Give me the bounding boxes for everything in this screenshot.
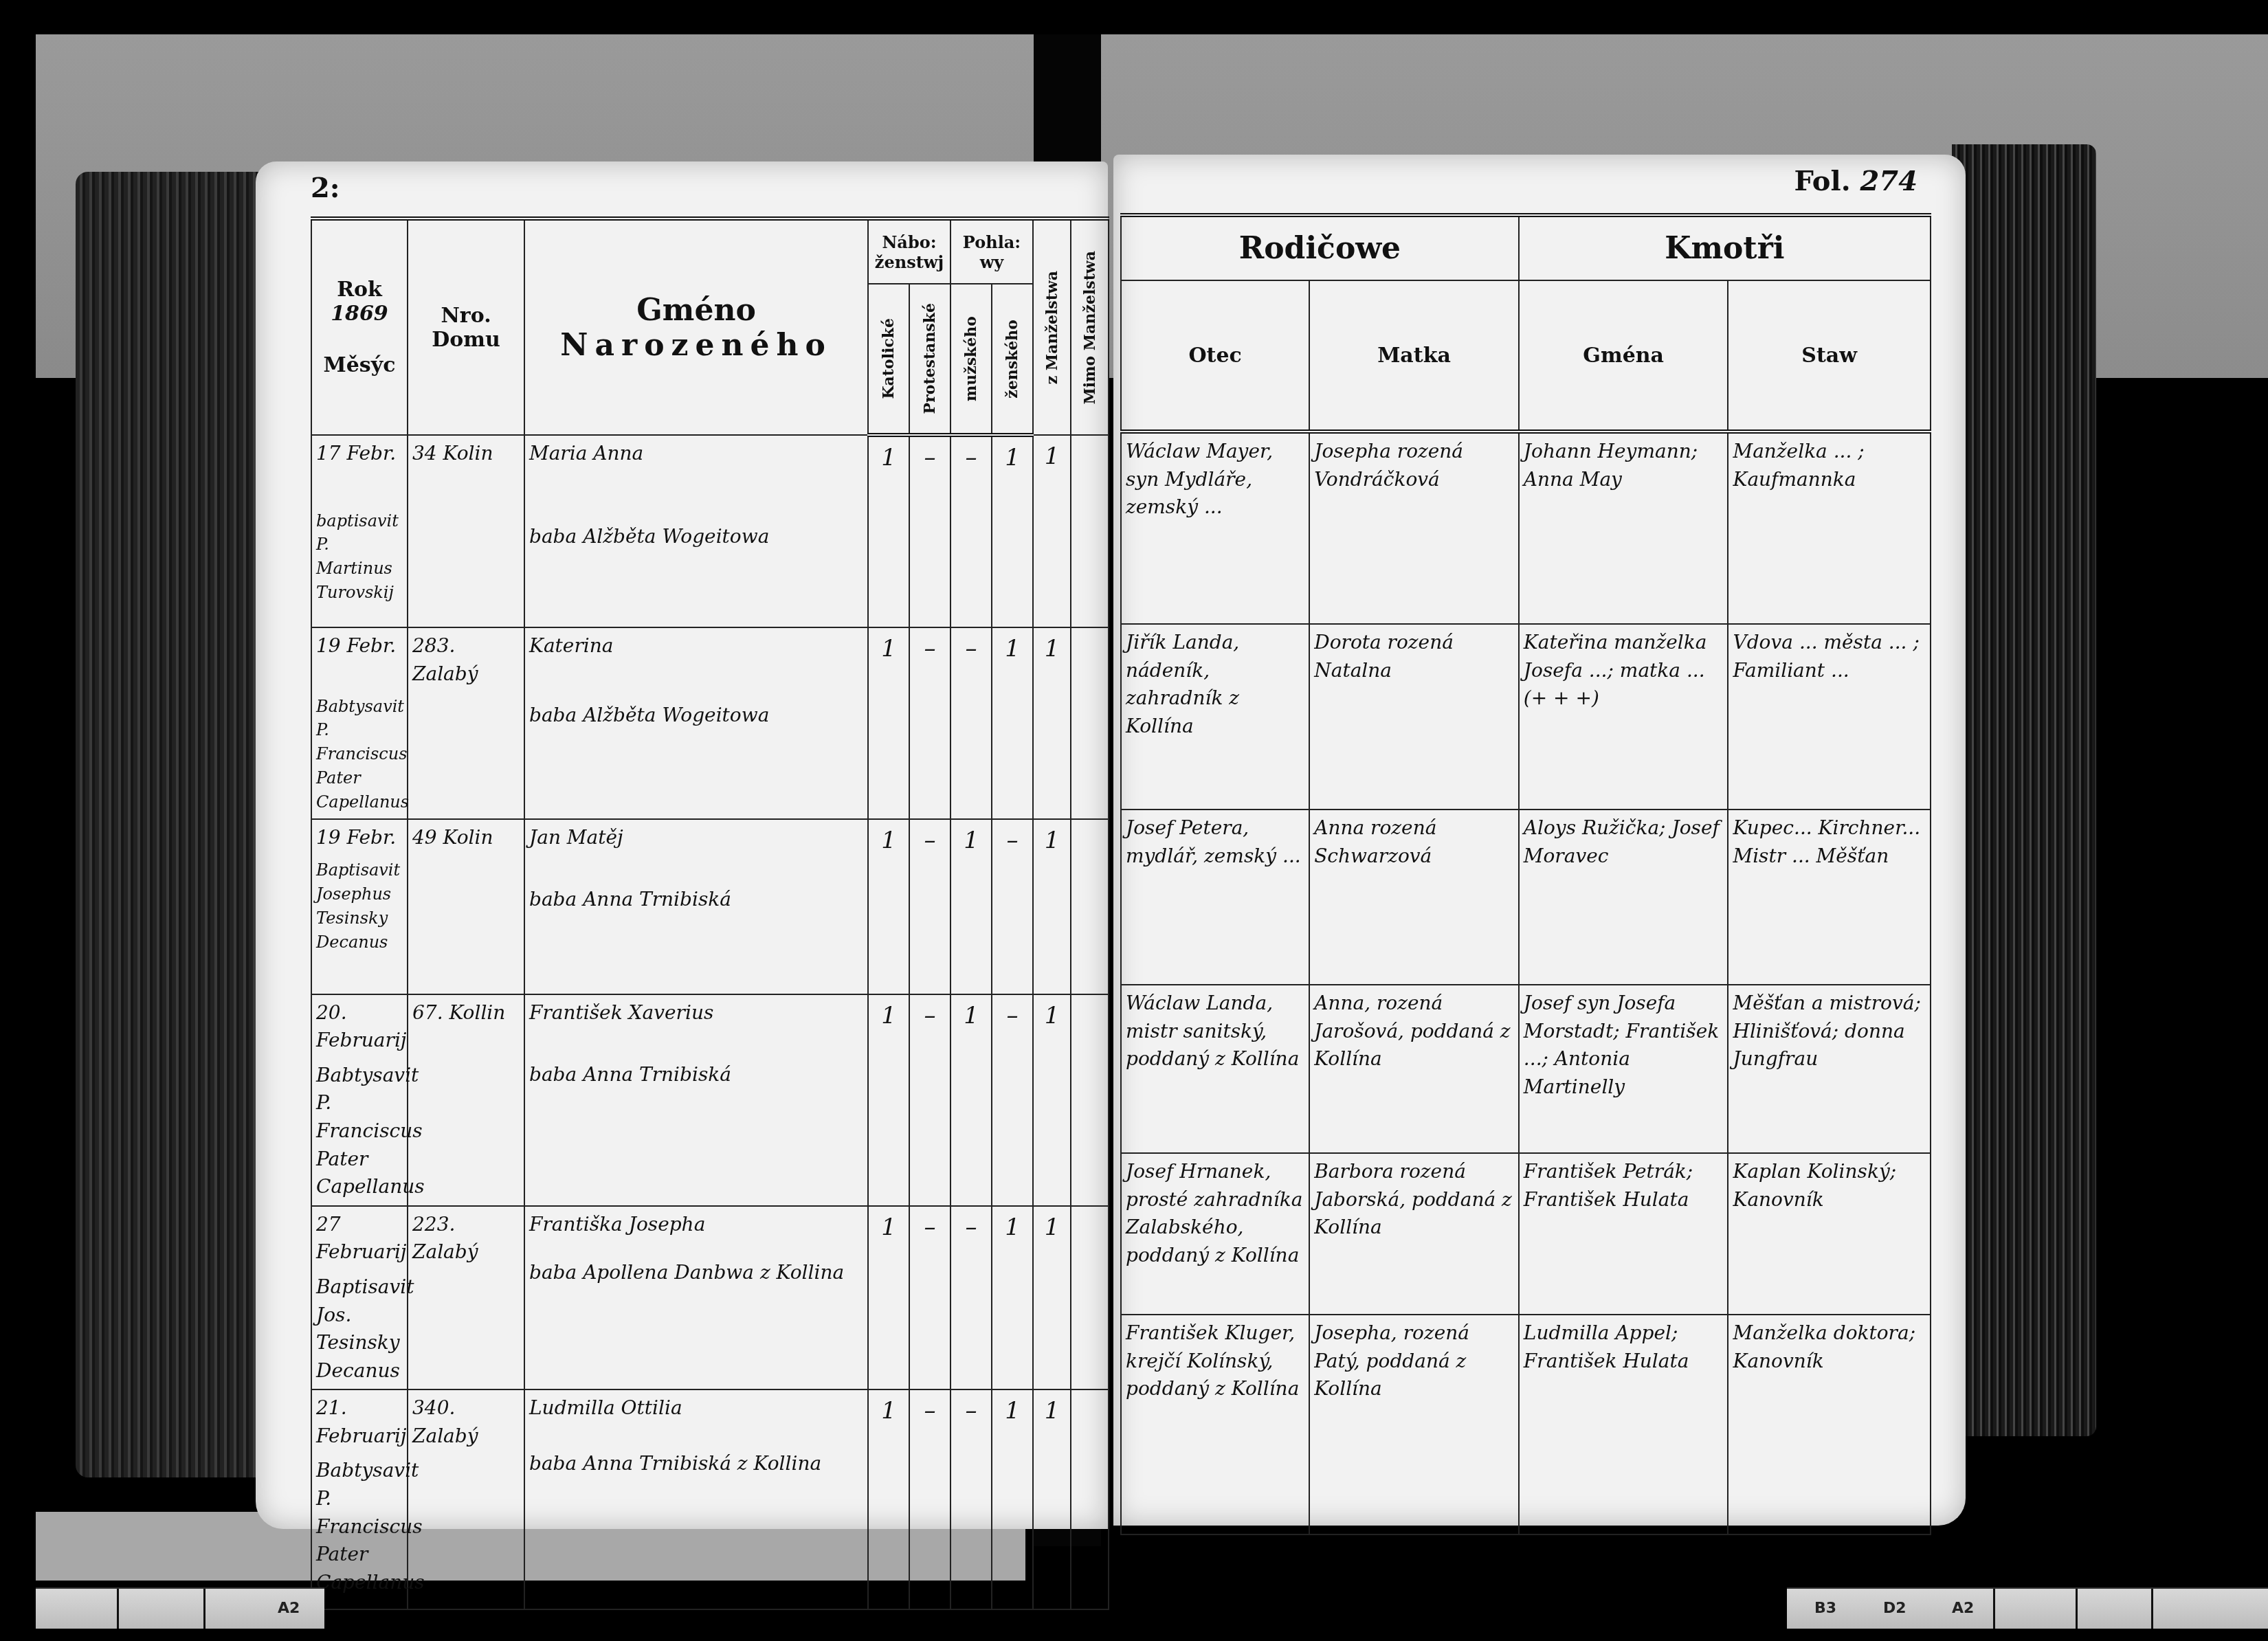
godparents: Ludmilla Appel; František Hulata <box>1519 1315 1728 1534</box>
house-number: 67. Kollin <box>408 994 524 1206</box>
register-table-left: Rok 1869 Měsýc Nro. Domu Gméno Narozenéh… <box>311 216 1109 1610</box>
mother: Anna rozená Schwarzová <box>1309 810 1519 985</box>
baptizer: Baptisavit Josephus Tesinsky Decanus <box>316 858 403 954</box>
header-illegitimate: Mimo Manželstwa <box>1071 219 1109 435</box>
header-male: mužského <box>950 284 992 435</box>
godparent-status: Kupec... Kirchner... Mistr ... Měšťan <box>1728 810 1931 985</box>
protestant-mark: – <box>909 1206 950 1390</box>
father: Wáclaw Landa, mistr sanitský, poddaný z … <box>1121 985 1309 1153</box>
child-name: Františka Josepha <box>529 1211 863 1239</box>
child-name: František Xaverius <box>529 999 863 1027</box>
header-mother: Matka <box>1309 280 1519 432</box>
child-name: Maria Anna <box>529 440 863 468</box>
table-row: 19 Febr.Baptisavit Josephus Tesinsky Dec… <box>311 819 1109 994</box>
register-table-right: Rodičowe Kmotři Otec Matka Gména Staw Wá… <box>1120 213 1931 1535</box>
child-name: Jan Matěj <box>529 824 863 852</box>
house-number: 340. Zalabý <box>408 1389 524 1609</box>
table-row: 27 FebruarijBaptisavit Jos. Tesinsky Dec… <box>311 1206 1109 1390</box>
child-name: Ludmilla Ottilia <box>529 1394 863 1422</box>
female-mark: 1 <box>992 435 1033 627</box>
page-corner-mark: 2: <box>311 172 340 204</box>
birth-date: 27 Februarij <box>316 1211 403 1266</box>
godparents: Kateřina manželka Josefa ...; matka ... … <box>1519 624 1728 810</box>
male-mark: – <box>950 1206 992 1390</box>
protestant-mark: – <box>909 819 950 994</box>
table-row: Wáclaw Landa, mistr sanitský, poddaný z … <box>1121 985 1931 1153</box>
mother: Josepha, rozená Patý, poddaná z Kollína <box>1309 1315 1519 1534</box>
catholic-mark: 1 <box>868 819 909 994</box>
male-mark: – <box>950 627 992 819</box>
midwife: baba Anna Trnibiská z Kollina <box>529 1450 863 1478</box>
header-father: Otec <box>1121 280 1309 432</box>
header-female: ženského <box>992 284 1033 435</box>
protestant-mark: – <box>909 435 950 627</box>
midwife: baba Anna Trnibiská <box>529 1061 863 1089</box>
midwife: baba Alžběta Wogeitowa <box>529 523 863 551</box>
header-name-of-born: Gméno Narozeného <box>524 219 868 435</box>
table-row: Wáclaw Mayer, syn Mydláře, zemský ... Jo… <box>1121 432 1931 624</box>
header-religion: Nábo: ženstwj <box>868 219 950 284</box>
illegitimate-mark <box>1071 435 1109 627</box>
godparents: František Petrák; František Hulata <box>1519 1153 1728 1315</box>
header-sex: Pohla: wy <box>950 219 1033 284</box>
house-number: 283. Zalabý <box>408 627 524 819</box>
father: Wáclaw Mayer, syn Mydláře, zemský ... <box>1121 432 1309 624</box>
female-mark: 1 <box>992 627 1033 819</box>
female-mark: – <box>992 819 1033 994</box>
male-mark: 1 <box>950 819 992 994</box>
birth-date: 19 Febr. <box>316 824 403 852</box>
illegitimate-mark <box>1071 819 1109 994</box>
midwife: baba Anna Trnibiská <box>529 886 863 914</box>
baptizer: Baptisavit Jos. Tesinsky Decanus <box>316 1273 403 1385</box>
right-page: Fol. 274 Rodičowe Kmotři Otec Matka Gmén… <box>1113 155 1966 1526</box>
legitimate-mark: 1 <box>1033 627 1071 819</box>
table-row: František Kluger, krejčí Kolínský, podda… <box>1121 1315 1931 1534</box>
header-protestant: Protestanské <box>909 284 950 435</box>
house-number: 49 Kolin <box>408 819 524 994</box>
baptizer: Babtysavit P. Franciscus Pater Capellanu… <box>316 1062 403 1201</box>
godparent-status: Vdova ... města ... ; Familiant ... <box>1728 624 1931 810</box>
father: František Kluger, krejčí Kolínský, podda… <box>1121 1315 1309 1534</box>
mother: Anna, rozená Jarošová, poddaná z Kollína <box>1309 985 1519 1153</box>
godparents: Aloys Ružička; Josef Moravec <box>1519 810 1728 985</box>
protestant-mark: – <box>909 627 950 819</box>
header-catholic: Katolické <box>868 284 909 435</box>
catholic-mark: 1 <box>868 1206 909 1390</box>
catholic-mark: 1 <box>868 627 909 819</box>
catholic-mark: 1 <box>868 1389 909 1609</box>
midwife: baba Apollena Danbwa z Kollina <box>529 1259 863 1287</box>
godparent-status: Manželka doktora; Kanovník <box>1728 1315 1931 1534</box>
house-number: 223. Zalabý <box>408 1206 524 1390</box>
birth-date: 20. Februarij <box>316 999 403 1055</box>
legitimate-mark: 1 <box>1033 994 1071 1206</box>
male-mark: – <box>950 1389 992 1609</box>
house-number: 34 Kolin <box>408 435 524 627</box>
legitimate-mark: 1 <box>1033 435 1071 627</box>
godparent-status: Manželka ... ; Kaufmannka <box>1728 432 1931 624</box>
mother: Josepha rozená Vondráčková <box>1309 432 1519 624</box>
table-row: 20. FebruarijBabtysavit P. Franciscus Pa… <box>311 994 1109 1206</box>
birth-date: 17 Febr. <box>316 440 403 468</box>
table-row: Josef Petera, mydlář, zemský ... Anna ro… <box>1121 810 1931 985</box>
header-year-month: Rok 1869 Měsýc <box>311 219 408 435</box>
baptizer: Babtysavit P. Franciscus Pater Capellanu… <box>316 695 403 814</box>
legitimate-mark: 1 <box>1033 1389 1071 1609</box>
female-mark: 1 <box>992 1389 1033 1609</box>
book-fore-edge-left <box>76 172 268 1477</box>
illegitimate-mark <box>1071 1206 1109 1390</box>
godparents: Johann Heymann; Anna May <box>1519 432 1728 624</box>
female-mark: – <box>992 994 1033 1206</box>
mother: Barbora rozená Jaborská, poddaná z Kollí… <box>1309 1153 1519 1315</box>
female-mark: 1 <box>992 1206 1033 1390</box>
catholic-mark: 1 <box>868 994 909 1206</box>
illegitimate-mark <box>1071 1389 1109 1609</box>
header-godparent-status: Staw <box>1728 280 1931 432</box>
table-row: Jiřík Landa, nádeník, zahradník z Kollín… <box>1121 624 1931 810</box>
birth-date: 21. Februarij <box>316 1394 403 1450</box>
baptizer: baptisavit P. Martinus Turovskij <box>316 509 403 605</box>
legitimate-mark: 1 <box>1033 1206 1071 1390</box>
protestant-mark: – <box>909 994 950 1206</box>
header-house-number: Nro. Domu <box>408 219 524 435</box>
baptizer: Babtysavit P. Franciscus Pater Capellanu… <box>316 1457 403 1596</box>
birth-date: 19 Febr. <box>316 632 403 660</box>
table-row: Josef Hrnanek, prosté zahradníka Zalabsk… <box>1121 1153 1931 1315</box>
header-legitimate: z Manželstwa <box>1033 219 1071 435</box>
godparent-status: Kaplan Kolinský; Kanovník <box>1728 1153 1931 1315</box>
folio-number: Fol. 274 <box>1794 165 1917 197</box>
header-godparent-names: Gména <box>1519 280 1728 432</box>
godparents: Josef syn Josefa Morstadt; František ...… <box>1519 985 1728 1153</box>
left-page: 2: Rok 1869 Měsýc Nro. Domu Gméno Naroze… <box>256 161 1108 1529</box>
mother: Dorota rozená Natalna <box>1309 624 1519 810</box>
male-mark: 1 <box>950 994 992 1206</box>
header-godparents: Kmotři <box>1519 215 1931 280</box>
table-row: 19 Febr.Babtysavit P. Franciscus Pater C… <box>311 627 1109 819</box>
father: Josef Hrnanek, prosté zahradníka Zalabsk… <box>1121 1153 1309 1315</box>
illegitimate-mark <box>1071 994 1109 1206</box>
illegitimate-mark <box>1071 627 1109 819</box>
table-row: 21. FebruarijBabtysavit P. Franciscus Pa… <box>311 1389 1109 1609</box>
child-name: Katerina <box>529 632 863 660</box>
father: Josef Petera, mydlář, zemský ... <box>1121 810 1309 985</box>
header-parents: Rodičowe <box>1121 215 1519 280</box>
godparent-status: Měšťan a mistrová; Hlinišťová; donna Jun… <box>1728 985 1931 1153</box>
father: Jiřík Landa, nádeník, zahradník z Kollín… <box>1121 624 1309 810</box>
legitimate-mark: 1 <box>1033 819 1071 994</box>
scan-ruler-right: B3 D2 A2 <box>1787 1587 2268 1629</box>
catholic-mark: 1 <box>868 435 909 627</box>
male-mark: – <box>950 435 992 627</box>
table-row: 17 Febr.baptisavit P. Martinus Turovskij… <box>311 435 1109 627</box>
midwife: baba Alžběta Wogeitowa <box>529 702 863 730</box>
book-fore-edge-right <box>1952 144 2096 1436</box>
protestant-mark: – <box>909 1389 950 1609</box>
scan-ruler-left: A2 <box>36 1587 324 1629</box>
